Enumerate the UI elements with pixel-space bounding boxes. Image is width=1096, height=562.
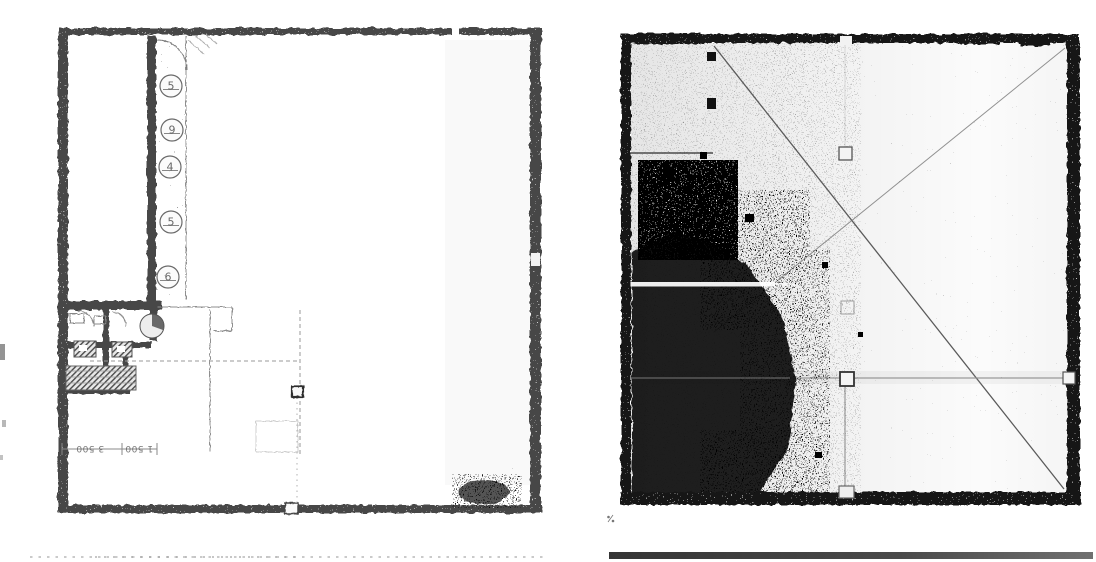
scan-ghost-band <box>445 40 535 485</box>
corner-smudge <box>440 468 535 512</box>
scanned-page: 5 9 4 5 6 <box>0 0 1096 562</box>
marker-label: 9 <box>169 124 176 137</box>
circled-marker: 5 <box>160 75 182 97</box>
fixture-gap <box>117 346 125 352</box>
column-notch <box>840 36 852 45</box>
top-wall-notch <box>452 27 459 36</box>
roof-plan-drawing <box>620 33 1081 505</box>
white-streak <box>627 282 775 287</box>
scan-canvas: 5 9 4 5 6 <box>0 0 1096 562</box>
stair-hatch <box>66 366 136 390</box>
stray-pencil-mark <box>607 515 614 522</box>
column-notch <box>839 486 854 498</box>
white-streak <box>775 283 795 286</box>
marker-label: 5 <box>168 80 175 93</box>
circled-marker: 6 <box>157 266 179 288</box>
column-square <box>1063 372 1075 384</box>
circled-marker: 4 <box>159 156 181 178</box>
dimension-label: 1 500 <box>125 443 153 453</box>
fixture-gap <box>79 345 87 351</box>
column-square <box>292 386 303 397</box>
page-edge-bar <box>609 552 1093 559</box>
marker-label: 6 <box>165 271 172 284</box>
wall-blob <box>707 52 716 61</box>
column-square <box>285 503 298 514</box>
marker-label: 4 <box>167 161 174 174</box>
circled-marker: 5 <box>160 211 182 233</box>
column-square <box>839 147 852 160</box>
right-wall-gap <box>531 253 540 266</box>
column-square <box>840 372 854 386</box>
wall-blob <box>707 98 716 109</box>
marker-label: 5 <box>168 216 175 229</box>
dimension-label: 3 500 <box>76 443 104 453</box>
circled-marker: 9 <box>161 119 183 141</box>
